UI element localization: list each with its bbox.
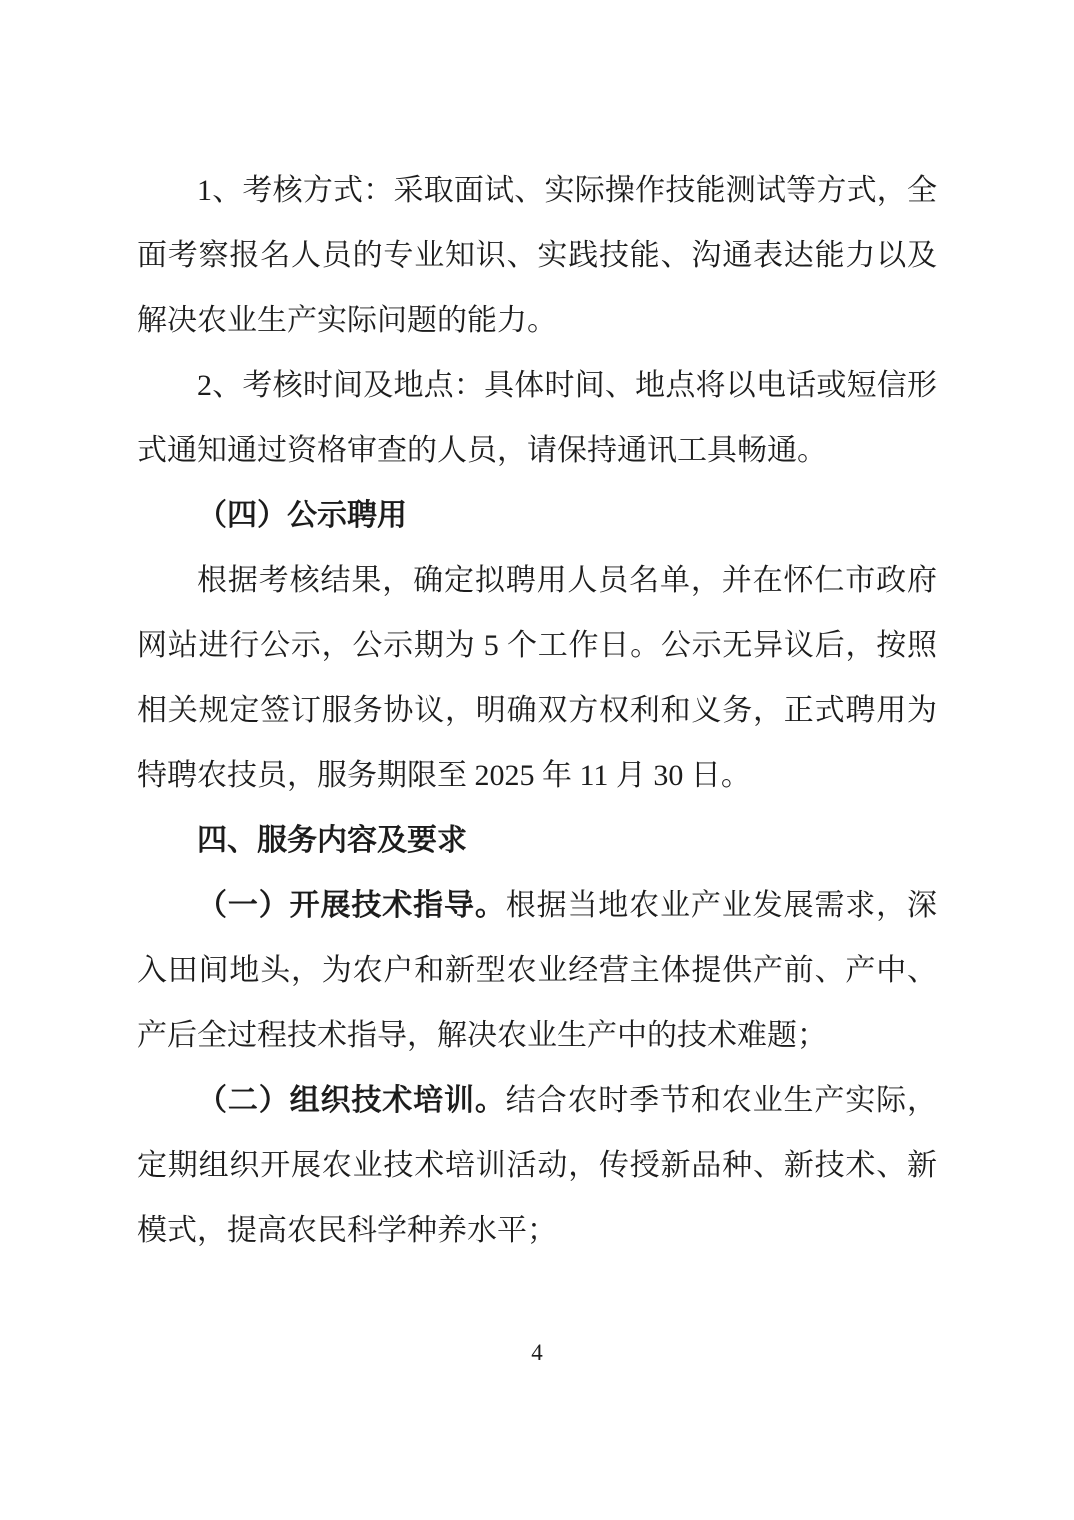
- paragraph-tech-guidance: （一）开展技术指导。根据当地农业产业发展需求，深入田间地头，为农户和新型农业经营…: [137, 873, 937, 1068]
- page-number: 4: [0, 1340, 1074, 1366]
- paragraph-tech-training: （二）组织技术培训。结合农时季节和农业生产实际，定期组织开展农业技术培训活动，传…: [137, 1068, 937, 1263]
- paragraph-tech-guidance-lead: （一）开展技术指导。: [197, 889, 506, 922]
- paragraph-assessment-time-place: 2、考核时间及地点：具体时间、地点将以电话或短信形式通知通过资格审查的人员，请保…: [137, 353, 937, 483]
- paragraph-tech-training-lead: （二）组织技术培训。: [197, 1084, 506, 1117]
- paragraph-public-notice-detail: 根据考核结果，确定拟聘用人员名单，并在怀仁市政府网站进行公示，公示期为 5 个工…: [137, 548, 937, 808]
- document-content: 1、考核方式：采取面试、实际操作技能测试等方式，全面考察报名人员的专业知识、实践…: [137, 158, 937, 1263]
- document-page: 1、考核方式：采取面试、实际操作技能测试等方式，全面考察报名人员的专业知识、实践…: [0, 0, 1074, 1520]
- heading-service-content-requirements: 四、服务内容及要求: [137, 808, 937, 873]
- paragraph-assessment-method: 1、考核方式：采取面试、实际操作技能测试等方式，全面考察报名人员的专业知识、实践…: [137, 158, 937, 353]
- heading-public-notice-employment: （四）公示聘用: [137, 483, 937, 548]
